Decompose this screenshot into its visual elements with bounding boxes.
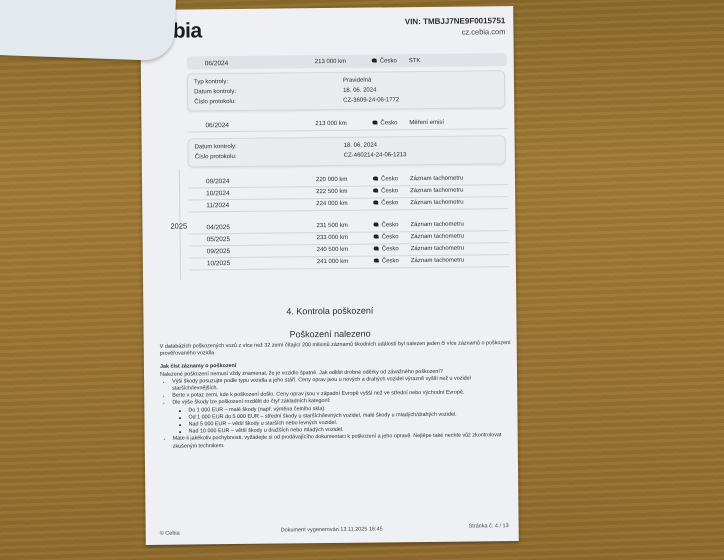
paper-corner	[0, 0, 176, 61]
section-subtitle: Poškození nalezeno	[144, 327, 517, 341]
website: cz.cebia.com	[462, 27, 506, 36]
record-row: 10/2025241 000 kmČeskoZáznam tachometru	[189, 253, 509, 270]
copyright: © Cebia	[160, 531, 180, 537]
generated-date: Dokument vygenerován 13.11.2025 16:45	[281, 526, 383, 533]
record-row: 06/2024213 000 kmČeskoSTK	[187, 53, 507, 69]
document-page: cebia VIN: TMBJJ7NE9F0015751 cz.cebia.co…	[140, 6, 519, 545]
inspection-detail: Typ kontroly:Pravidelná Datum kontroly:1…	[187, 70, 505, 111]
flag-icon: Česko	[372, 58, 397, 64]
section-title: 4. Kontrola poškození	[143, 304, 516, 318]
page-number: Stránka č. 4 / 13	[469, 523, 509, 529]
year-label: 2025	[170, 221, 187, 230]
record-row: 11/2024224 000 kmČeskoZáznam tachometru	[188, 195, 508, 212]
record-row: 06/2024213 000 kmČeskoMěření emisí	[187, 115, 507, 132]
section-body: V databázích poškozených vozů z více než…	[160, 340, 513, 451]
vin-number: VIN: TMBJJ7NE9F0015751	[405, 16, 506, 26]
emission-detail: Datum kontroly:18. 06. 2024 Číslo protok…	[188, 135, 506, 167]
